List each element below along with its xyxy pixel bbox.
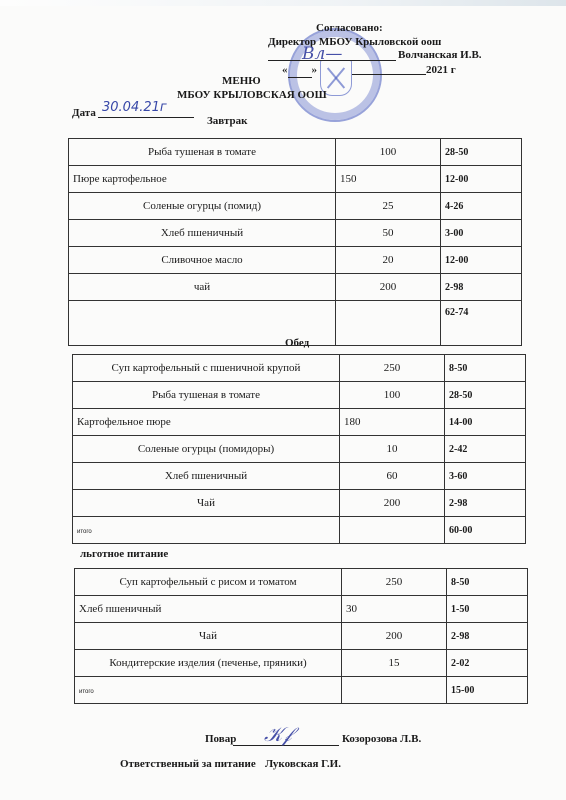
dish-name: Чай [75,623,342,650]
price: 3-00 [441,220,522,247]
table-row: Пюре картофельное15012-00 [69,166,522,193]
price: 2-98 [441,274,522,301]
portion-grams: 60 [340,463,445,490]
dish-name: чай [69,274,336,301]
dish-name: Суп картофельный с рисом и томатом [75,569,342,596]
date-value: 30.04.21г [102,100,167,115]
table-row: Сливочное масло2012-00 [69,247,522,274]
total-price: 15-00 [447,677,528,704]
scan-edge [0,0,566,6]
approval-title: Согласовано: [316,21,383,35]
dish-name: Хлеб пшеничный [69,220,336,247]
price: 4-26 [441,193,522,220]
day-blank [288,63,312,78]
total-qty-empty [336,301,441,346]
dish-name: Чай [73,490,340,517]
table-row: Чай2002-98 [73,490,526,517]
total-label: итого [73,517,340,544]
date-close-quote: » [312,64,318,76]
date-underline [98,117,194,118]
dish-name: Соленые огурцы (помид) [69,193,336,220]
portion-grams: 150 [336,166,441,193]
table-row: Картофельное пюре18014-00 [73,409,526,436]
cook-name: Козорозова Л.В. [342,733,421,745]
responsible-name: Луковская Г.И. [265,758,341,770]
discount-table: Суп картофельный с рисом и томатом2508-5… [74,568,528,704]
price: 2-98 [447,623,528,650]
month-blank [352,74,426,75]
portion-grams: 200 [340,490,445,517]
approval-signer: Волчанская И.В. [398,48,482,62]
table-row: Суп картофельный с пшеничной крупой2508-… [73,355,526,382]
portion-grams: 25 [336,193,441,220]
breakfast-title: Завтрак [207,115,247,127]
portion-grams: 200 [342,623,447,650]
price: 8-50 [447,569,528,596]
price: 1-50 [447,596,528,623]
total-qty-empty [342,677,447,704]
table-row: Соленые огурцы (помид)254-26 [69,193,522,220]
table-row: Хлеб пшеничный301-50 [75,596,528,623]
breakfast-table: Рыба тушеная в томате10028-50Пюре картоф… [68,138,522,346]
table-row: Хлеб пшеничный503-00 [69,220,522,247]
table-row: чай2002-98 [69,274,522,301]
lunch-table: Суп картофельный с пшеничной крупой2508-… [72,354,526,544]
portion-grams: 30 [342,596,447,623]
dish-name: Картофельное пюре [73,409,340,436]
price: 3-60 [445,463,526,490]
total-label-text: итого [77,529,92,535]
portion-grams: 10 [340,436,445,463]
portion-grams: 15 [342,650,447,677]
total-qty-empty [340,517,445,544]
portion-grams: 180 [340,409,445,436]
director-signature: Вл— [302,44,342,64]
portion-grams: 200 [336,274,441,301]
lunch-title: Обед [285,337,309,349]
price: 8-50 [445,355,526,382]
dish-name: Сливочное масло [69,247,336,274]
dish-name: Рыба тушеная в томате [73,382,340,409]
school-name: МБОУ КРЫЛОВСКАЯ ООШ [177,88,327,102]
total-row: итого15-00 [75,677,528,704]
responsible-label: Ответственный за питание [120,758,256,770]
portion-grams: 50 [336,220,441,247]
price: 28-50 [441,139,522,166]
price: 12-00 [441,166,522,193]
portion-grams: 100 [340,382,445,409]
discount-title: льготное питание [80,548,168,560]
table-row: Суп картофельный с рисом и томатом2508-5… [75,569,528,596]
portion-grams: 250 [340,355,445,382]
price: 12-00 [441,247,522,274]
table-row: Кондитерские изделия (печенье, пряники)1… [75,650,528,677]
approval-position: Директор МБОУ Крыловской оош [268,35,441,49]
portion-grams: 20 [336,247,441,274]
total-price: 60-00 [445,517,526,544]
price: 28-50 [445,382,526,409]
cook-label: Повар [205,733,236,745]
dish-name: Хлеб пшеничный [73,463,340,490]
portion-grams: 100 [336,139,441,166]
date-label: Дата [72,106,96,120]
dish-name: Рыба тушеная в томате [69,139,336,166]
table-row: Соленые огурцы (помидоры)102-42 [73,436,526,463]
menu-title: МЕНЮ [222,74,261,88]
dish-name: Соленые огурцы (помидоры) [73,436,340,463]
total-label: итого [75,677,342,704]
dish-name: Пюре картофельное [69,166,336,193]
price: 14-00 [445,409,526,436]
price: 2-98 [445,490,526,517]
cook-signature: 𝒦𝒻 [264,722,292,746]
table-row: Рыба тушеная в томате10028-50 [73,382,526,409]
table-row: Чай2002-98 [75,623,528,650]
price: 2-02 [447,650,528,677]
table-row: Хлеб пшеничный603-60 [73,463,526,490]
total-label-text: итого [79,689,94,695]
approval-year: 2021 г [426,63,456,77]
total-price: 62-74 [441,301,522,346]
portion-grams: 250 [342,569,447,596]
table-row: Рыба тушеная в томате10028-50 [69,139,522,166]
dish-name: Хлеб пшеничный [75,596,342,623]
price: 2-42 [445,436,526,463]
total-row: итого60-00 [73,517,526,544]
dish-name: Кондитерские изделия (печенье, пряники) [75,650,342,677]
dish-name: Суп картофельный с пшеничной крупой [73,355,340,382]
